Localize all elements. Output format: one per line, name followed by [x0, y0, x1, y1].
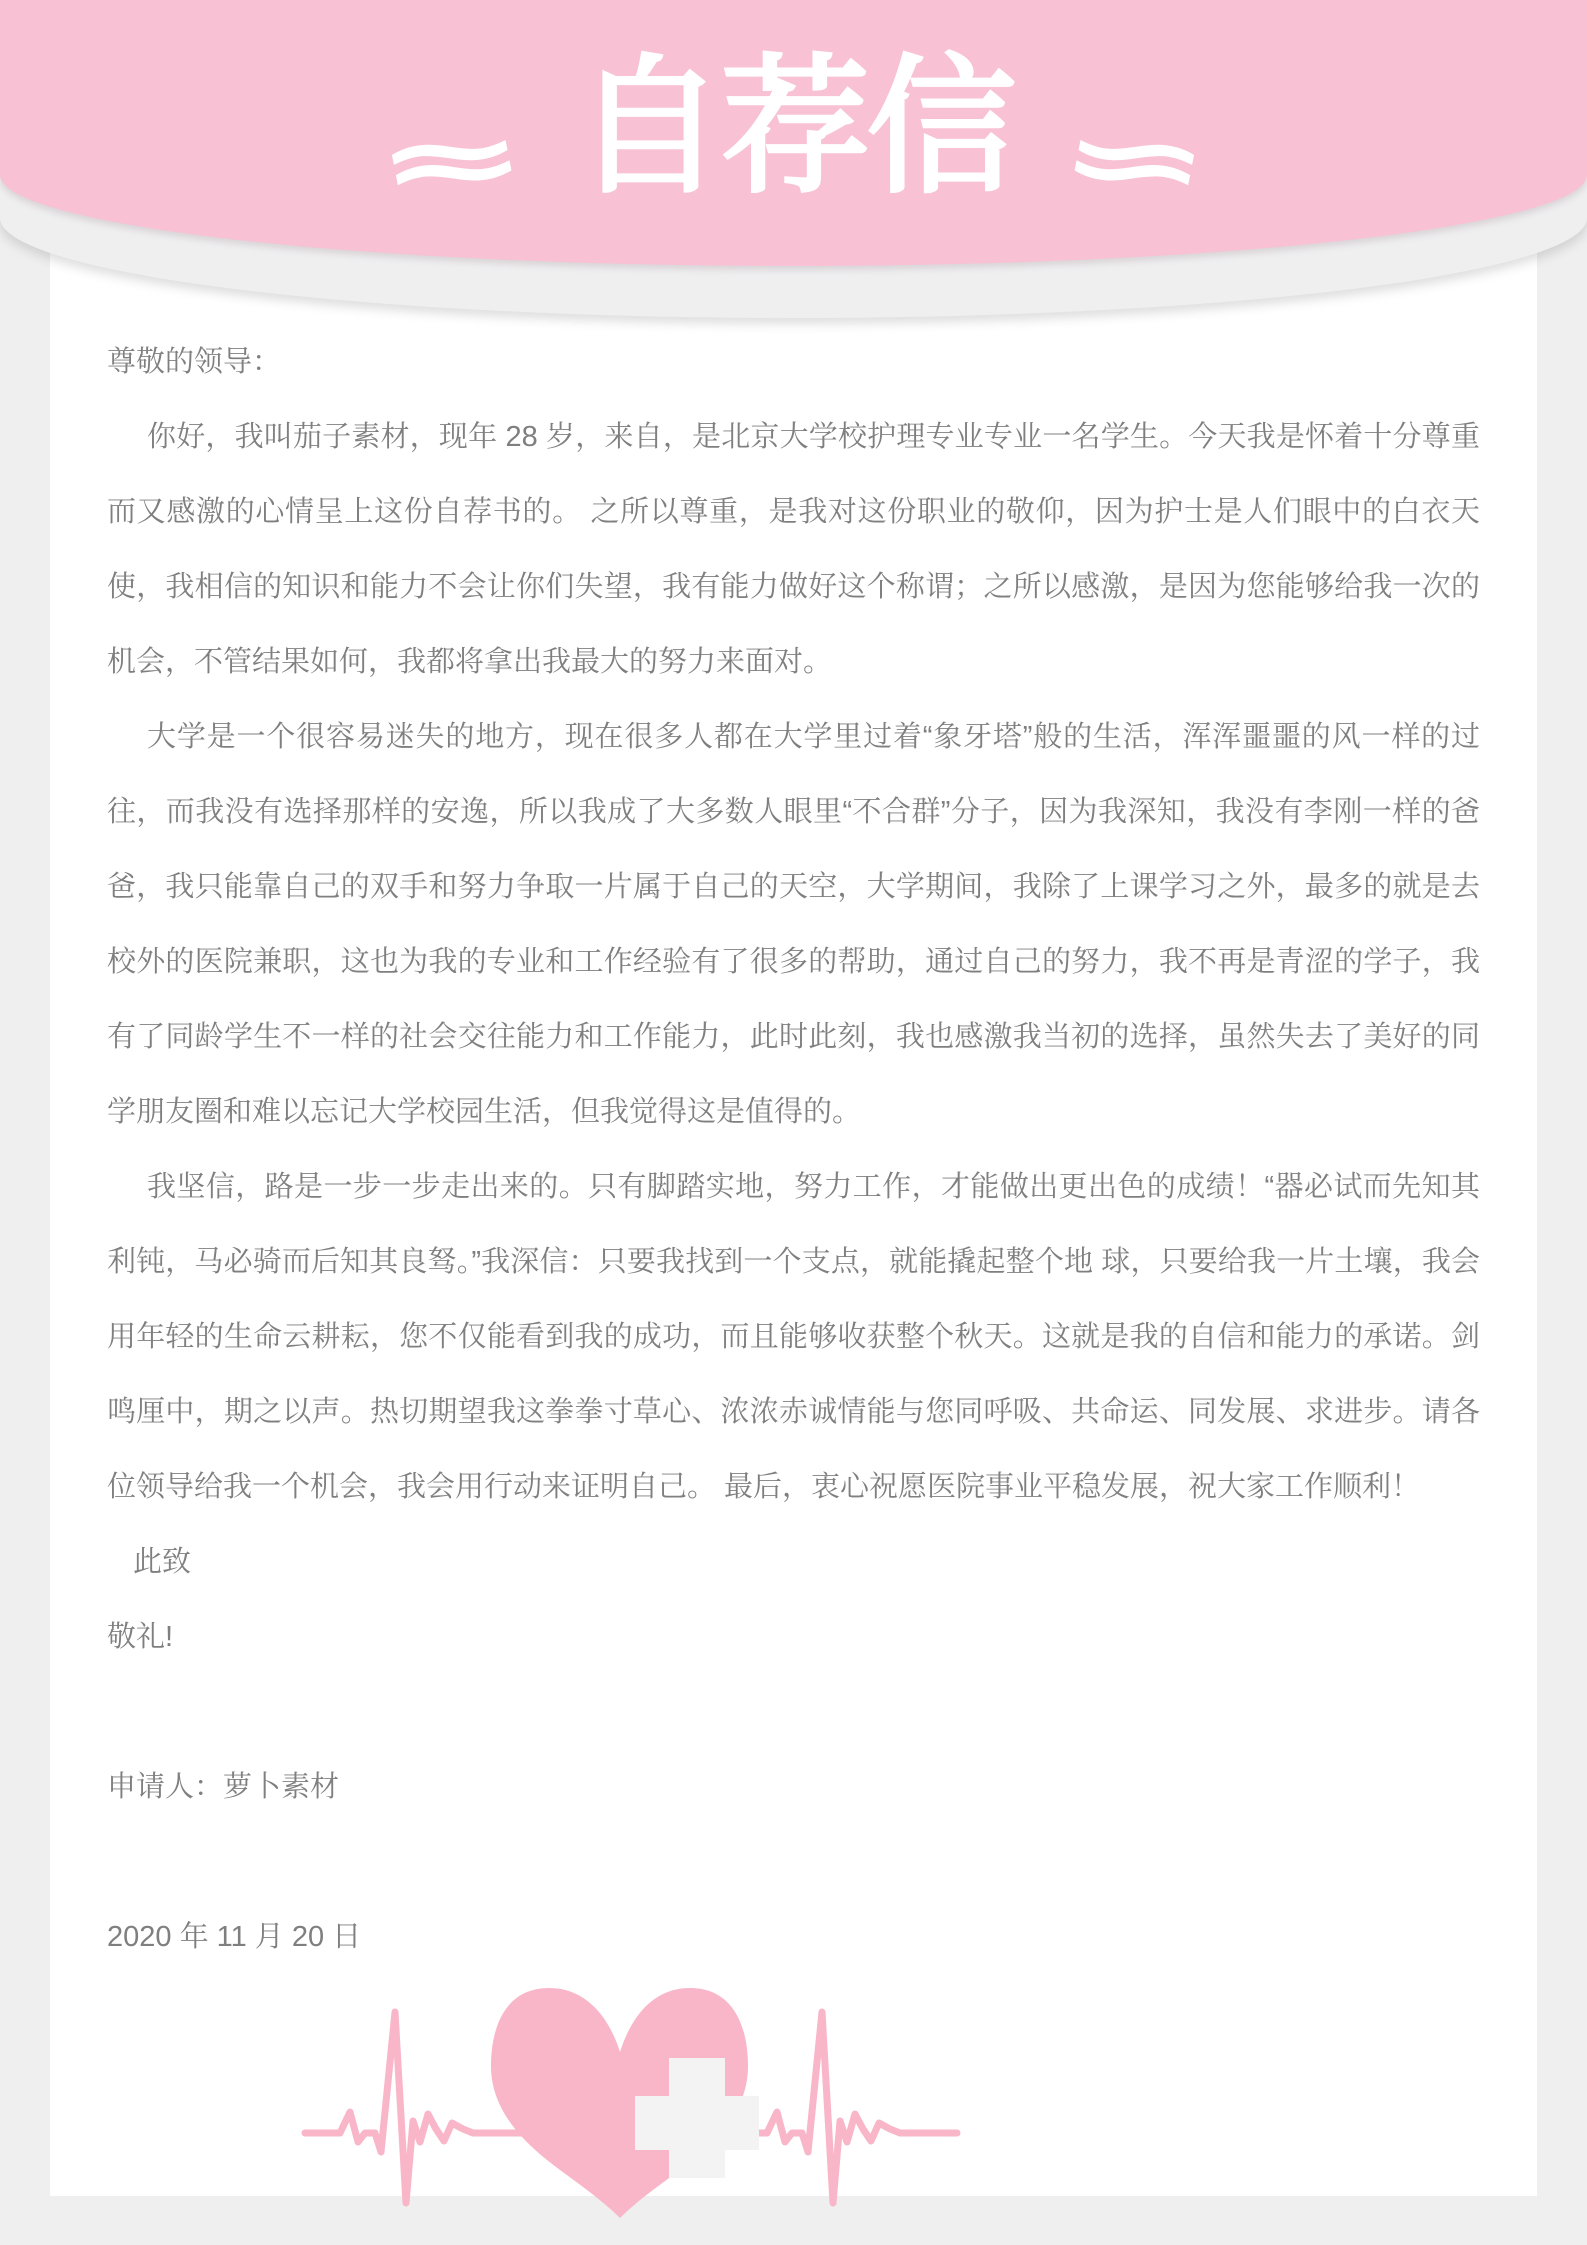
heartbeat-decoration	[0, 1950, 1587, 2245]
signature-line: 申请人：萝卜素材	[107, 1750, 1480, 1825]
paragraph-commitment: 我坚信，路是一步一步走出来的。只有脚踏实地，努力工作，才能做出更出色的成绩！“器…	[107, 1150, 1480, 1525]
paragraph-intro: 你好，我叫茄子素材，现年 28 岁，来自，是北京大学校护理专业专业一名学生。今天…	[107, 400, 1480, 700]
flourish-right-icon: ≈	[1041, 96, 1229, 223]
paragraph-experience: 大学是一个很容易迷失的地方，现在很多人都在大学里过着“象牙塔”般的生活，浑浑噩噩…	[107, 700, 1480, 1150]
closing-salute: 敬礼!	[107, 1600, 1480, 1675]
salutation: 尊敬的领导：	[107, 325, 1480, 400]
closing-cizhi: 此致	[107, 1525, 1480, 1600]
header-band: ≈ 自荐信 ≈	[0, 0, 1587, 266]
letter-page: ≈ 自荐信 ≈ 尊敬的领导： 你好，我叫茄子素材，现年 28 岁，来自，是北京大…	[0, 0, 1587, 2245]
page-title: 自荐信	[0, 52, 1587, 202]
letter-body: 尊敬的领导： 你好，我叫茄子素材，现年 28 岁，来自，是北京大学校护理专业专业…	[107, 325, 1480, 1975]
ekg-line-right	[732, 2012, 957, 2203]
